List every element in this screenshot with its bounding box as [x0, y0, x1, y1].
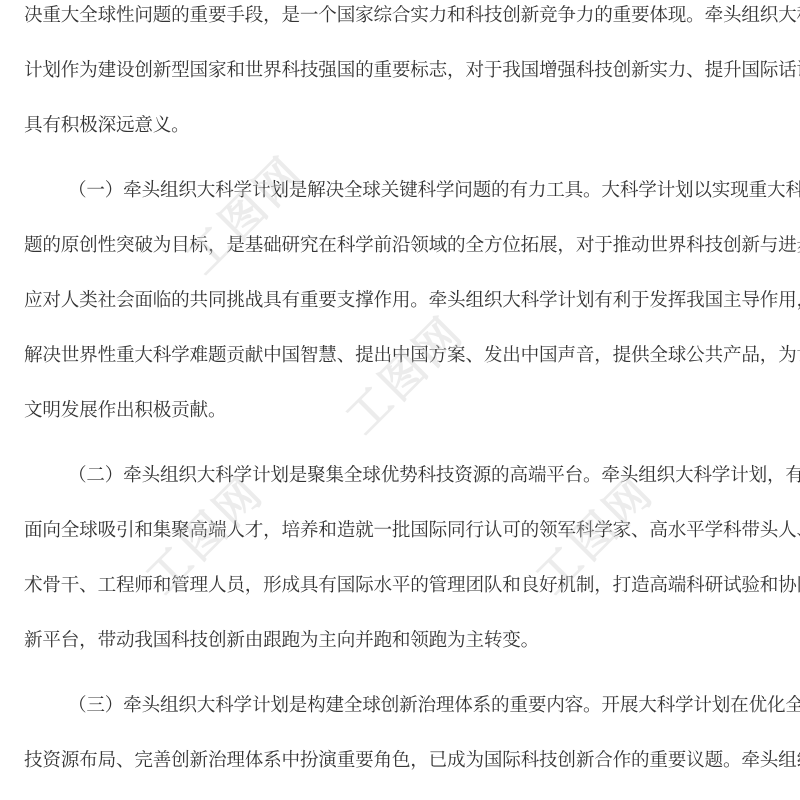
text-line: （一）牵头组织大科学计划是解决全球关键科学问题的有力工具。大科学计划以实现重大科…	[24, 163, 776, 218]
document-body: 决重大全球性问题的重要手段，是一个国家综合实力和科技创新竞争力的重要体现。牵头组…	[24, 0, 776, 798]
text-line: （二）牵头组织大科学计划是聚集全球优势科技资源的高端平台。牵头组织大科学计划，有…	[24, 448, 776, 503]
text-line: 术骨干、工程师和管理人员，形成具有国际水平的管理团队和良好机制，打造高端科研试验…	[24, 558, 776, 613]
paragraph-section-3: （三）牵头组织大科学计划是构建全球创新治理体系的重要内容。开展大科学计划在优化全…	[24, 678, 776, 788]
text-line: 题的原创性突破为目标，是基础研究在科学前沿领域的全方位拓展，对于推动世界科技创新…	[24, 218, 776, 273]
text-line: （三）牵头组织大科学计划是构建全球创新治理体系的重要内容。开展大科学计划在优化全…	[24, 678, 776, 733]
text-line: 新平台，带动我国科技创新由跟跑为主向并跑和领跑为主转变。	[24, 613, 776, 668]
text-line: 文明发展作出积极贡献。	[24, 383, 776, 438]
text-line: 具有积极深远意义。	[24, 98, 776, 153]
text-line: 计划作为建设创新型国家和世界科技强国的重要标志，对于我国增强科技创新实力、提升国…	[24, 43, 776, 98]
text-line: 面向全球吸引和集聚高端人才，培养和造就一批国际同行认可的领军科学家、高水平学科带…	[24, 503, 776, 558]
text-line: 应对人类社会面临的共同挑战具有重要支撑作用。牵头组织大科学计划有利于发挥我国主导…	[24, 273, 776, 328]
text-line: 技资源布局、完善创新治理体系中扮演重要角色，已成为国际科技创新合作的重要议题。牵…	[24, 733, 776, 788]
text-line: 解决世界性重大科学难题贡献中国智慧、提出中国方案、发出中国声音，提供全球公共产品…	[24, 328, 776, 383]
text-line: 决重大全球性问题的重要手段，是一个国家综合实力和科技创新竞争力的重要体现。牵头组…	[24, 0, 776, 43]
paragraph-section-2: （二）牵头组织大科学计划是聚集全球优势科技资源的高端平台。牵头组织大科学计划，有…	[24, 448, 776, 668]
paragraph-section-1: （一）牵头组织大科学计划是解决全球关键科学问题的有力工具。大科学计划以实现重大科…	[24, 163, 776, 438]
paragraph-intro: 决重大全球性问题的重要手段，是一个国家综合实力和科技创新竞争力的重要体现。牵头组…	[24, 0, 776, 153]
